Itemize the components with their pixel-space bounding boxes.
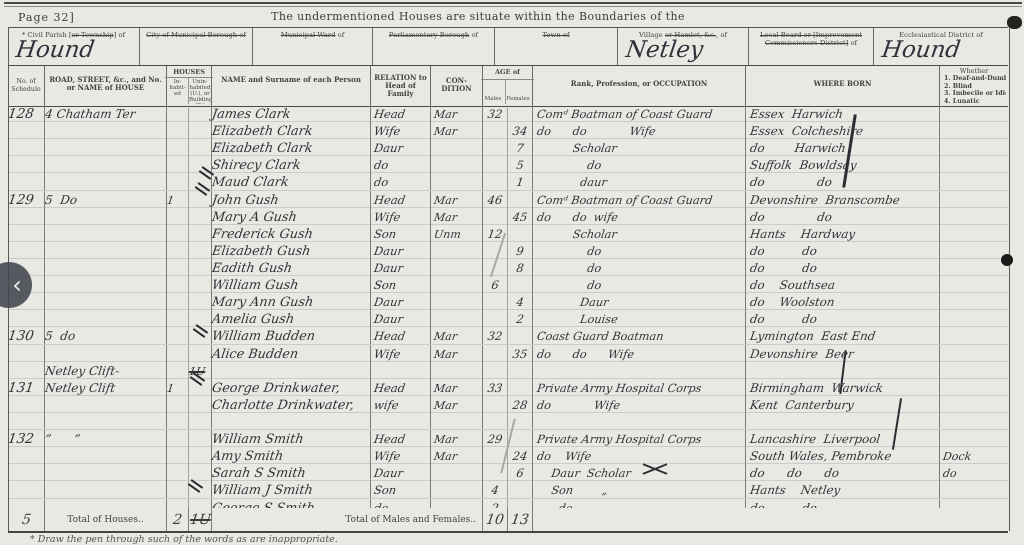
table-row: Netley Clift-1U <box>8 362 1008 379</box>
infirmity-item: 3. Imbecile or Idiot <box>944 90 1006 98</box>
cell-road-street <box>45 276 167 293</box>
table-row: Charlotte Drinkwater,wifeMar28do WifeKen… <box>8 396 1008 413</box>
cell-relation: Head <box>371 327 431 344</box>
cell-schedule-number <box>8 173 45 190</box>
cell-relation: Wife <box>371 208 431 225</box>
cell-houses-uninhabited <box>189 430 212 447</box>
cell-where-born: do do <box>746 310 940 327</box>
cell-condition: Mar <box>431 122 483 139</box>
cell-houses-inhabited <box>167 293 189 310</box>
cell-condition <box>431 173 483 190</box>
cell-age-females: 35 <box>508 345 533 362</box>
cell-person-name: Eadith Gush <box>212 259 371 276</box>
cell-condition <box>431 139 483 156</box>
cell-occupation: Scholar <box>533 225 746 242</box>
cell-where-born: Suffolk Bowldsay <box>746 156 940 173</box>
table-row <box>8 413 1008 430</box>
cell-occupation: do <box>533 242 746 259</box>
cell-age-females: 1 <box>508 173 533 190</box>
cell-infirmity <box>940 139 1008 156</box>
cell-occupation: do <box>533 259 746 276</box>
cell-where-born: South Wales, Pembroke <box>746 447 940 464</box>
cell-condition: Mar <box>431 345 483 362</box>
cell-age-females <box>508 225 533 242</box>
cell-schedule-number <box>8 362 45 379</box>
cell-relation: Head <box>371 379 431 396</box>
cell-where-born: do Southsea <box>746 276 940 293</box>
cell-condition: Unm <box>431 225 483 242</box>
cell-age-males <box>483 447 508 464</box>
jurisdiction-parliamentary-borough: Parliamentary Borough of <box>373 28 495 66</box>
cell-infirmity <box>940 430 1008 447</box>
cell-person-name: William Gush <box>212 276 371 293</box>
cell-age-males <box>483 259 508 276</box>
cell-schedule-number <box>8 413 45 429</box>
cell-infirmity <box>940 276 1008 293</box>
cell-age-males: 32 <box>483 105 508 122</box>
jurisdiction-town: Town of <box>495 28 618 66</box>
cell-condition: Mar <box>431 430 483 447</box>
cell-houses-uninhabited <box>189 173 212 190</box>
cell-age-females <box>508 430 533 447</box>
cell-relation <box>371 362 431 379</box>
total-males: 10 <box>483 508 508 531</box>
jurisdiction-band: * Civil Parish [or Township] of Hound Ci… <box>8 27 1008 66</box>
column-header-infirmity: Whether 1. Deaf-and-Dumb 2. Blind 3. Imb… <box>940 66 1008 106</box>
cell-age-females: 45 <box>508 208 533 225</box>
cell-age-females <box>508 362 533 379</box>
cell-condition <box>431 464 483 481</box>
cell-occupation <box>533 413 746 429</box>
cell-relation: Wife <box>371 122 431 139</box>
cell-houses-inhabited <box>167 242 189 259</box>
cell-houses-uninhabited <box>189 276 212 293</box>
cell-schedule-number <box>8 345 45 362</box>
cell-age-females: 7 <box>508 139 533 156</box>
cell-infirmity <box>940 379 1008 396</box>
cell-infirmity <box>940 345 1008 362</box>
cell-occupation: Daur Scholar <box>533 464 746 481</box>
cell-age-males: 46 <box>483 191 508 208</box>
census-page-scan: Page 32] The undermentioned Houses are s… <box>0 0 1024 545</box>
cell-age-females <box>508 481 533 498</box>
cell-schedule-number: 129 <box>8 191 45 208</box>
cell-schedule-number <box>8 310 45 327</box>
cell-road-street <box>45 481 167 498</box>
cell-schedule-number <box>8 396 45 413</box>
cell-road-street: ” ” <box>45 430 167 447</box>
total-houses-uninhabited: 1U <box>189 508 212 531</box>
cell-houses-uninhabited <box>189 208 212 225</box>
cell-schedule-number: 131 <box>8 379 45 396</box>
cell-where-born: do do do <box>746 464 940 481</box>
cell-houses-uninhabited <box>189 345 212 362</box>
cell-relation: Son <box>371 481 431 498</box>
cell-person-name: Sarah S Smith <box>212 464 371 481</box>
cell-relation <box>371 413 431 429</box>
cell-houses-uninhabited <box>189 310 212 327</box>
cell-houses-uninhabited <box>189 464 212 481</box>
cell-infirmity <box>940 413 1008 429</box>
cell-condition <box>431 310 483 327</box>
cell-condition: Mar <box>431 191 483 208</box>
cell-road-street <box>45 225 167 242</box>
cell-person-name: Shirecy Clark <box>212 156 371 173</box>
cell-condition: Mar <box>431 379 483 396</box>
cell-schedule-number <box>8 481 45 498</box>
cell-condition: Mar <box>431 447 483 464</box>
table-row: Shirecy Clarkdo5 doSuffolk Bowldsay <box>8 156 1008 173</box>
jurisdiction-label: Municipal Ward of <box>253 31 372 39</box>
cell-houses-inhabited <box>167 396 189 413</box>
cell-occupation: do do Wife <box>533 122 746 139</box>
village-value: Netley <box>624 37 705 63</box>
cell-condition <box>431 293 483 310</box>
column-header-occupation: Rank, Profession, or OCCUPATION <box>533 66 746 106</box>
cell-age-females <box>508 379 533 396</box>
cell-relation: do <box>371 173 431 190</box>
cell-where-born: Essex Colcheshire <box>746 122 940 139</box>
cell-houses-inhabited <box>167 122 189 139</box>
total-persons-label: Total of Males and Females.. <box>212 508 483 531</box>
cell-road-street: 5 Do <box>45 191 167 208</box>
table-row: Sarah S SmithDaur6 Daur Scholardo do dod… <box>8 464 1008 481</box>
cell-age-females <box>508 327 533 344</box>
cell-age-females <box>508 276 533 293</box>
cell-houses-inhabited <box>167 276 189 293</box>
cell-condition <box>431 242 483 259</box>
cell-age-males <box>483 464 508 481</box>
cell-where-born: Lymington East End <box>746 327 940 344</box>
column-header-schedule: No. of Schedule <box>8 66 45 106</box>
cell-road-street <box>45 139 167 156</box>
cell-occupation: Son „ <box>533 481 746 498</box>
cell-where-born: Lancashire Liverpool <box>746 430 940 447</box>
cell-houses-inhabited <box>167 208 189 225</box>
cell-condition <box>431 481 483 498</box>
cell-age-females: 28 <box>508 396 533 413</box>
cell-age-males: 4 <box>483 481 508 498</box>
cell-where-born: do Woolston <box>746 293 940 310</box>
cell-relation: Son <box>371 276 431 293</box>
cell-where-born: Essex Harwich <box>746 105 940 122</box>
cell-condition: Mar <box>431 208 483 225</box>
cell-infirmity <box>940 293 1008 310</box>
cell-age-males: 32 <box>483 327 508 344</box>
jurisdiction-label: City of Municipal Borough of <box>140 31 252 39</box>
cell-relation: wife <box>371 396 431 413</box>
infirmity-item: 2. Blind <box>944 83 1006 91</box>
total-houses-inhabited: 2 <box>167 508 189 531</box>
cell-age-females: 2 <box>508 310 533 327</box>
cell-houses-uninhabited <box>189 156 212 173</box>
cell-houses-uninhabited <box>189 105 212 122</box>
cell-occupation: Comᵈ Boatman of Coast Guard <box>533 191 746 208</box>
table-row: 1295 Do1John GushHeadMar46Comᵈ Boatman o… <box>8 191 1008 208</box>
table-header: No. of Schedule ROAD, STREET, &c., and N… <box>8 65 1008 107</box>
cell-age-females <box>508 191 533 208</box>
cell-schedule-number <box>8 225 45 242</box>
cell-age-males <box>483 139 508 156</box>
cell-person-name: George Drinkwater, <box>212 379 371 396</box>
cell-relation: Son <box>371 225 431 242</box>
column-header-name: NAME and Surname of each Person <box>212 66 371 106</box>
cell-schedule-number: 128 <box>8 105 45 122</box>
cell-where-born: Hants Netley <box>746 481 940 498</box>
cell-houses-uninhabited <box>189 122 212 139</box>
table-row: Frederick GushSonUnm12 ScholarHants Hard… <box>8 225 1008 242</box>
cell-occupation: do do wife <box>533 208 746 225</box>
cell-age-females: 9 <box>508 242 533 259</box>
column-header-born: WHERE BORN <box>746 66 940 106</box>
cell-houses-uninhabited <box>189 447 212 464</box>
total-houses-label: Total of Houses.. <box>45 508 167 531</box>
scan-artifact-blob <box>1007 16 1022 29</box>
cell-occupation: Louise <box>533 310 746 327</box>
cell-relation: Head <box>371 430 431 447</box>
cell-person-name: Mary Ann Gush <box>212 293 371 310</box>
houses-group-label: HOUSES <box>165 68 213 78</box>
table-row: 1305 doWilliam BuddenHeadMar32Coast Guar… <box>8 327 1008 344</box>
infirmity-item: 4. Lunatic <box>944 98 1006 106</box>
cell-infirmity <box>940 208 1008 225</box>
table-row: Amy SmithWifeMar24do WifeSouth Wales, Pe… <box>8 447 1008 464</box>
cell-schedule-number <box>8 139 45 156</box>
cell-age-males: 6 <box>483 276 508 293</box>
cell-schedule-number <box>8 156 45 173</box>
cell-schedule-number: 130 <box>8 327 45 344</box>
cell-person-name <box>212 362 371 379</box>
cell-schedule-number <box>8 242 45 259</box>
cell-person-name: William J Smith <box>212 481 371 498</box>
cell-occupation: do do Wife <box>533 345 746 362</box>
schedule-total: 5 <box>8 508 45 531</box>
column-header-age-females: Females <box>506 80 530 104</box>
cell-occupation: Coast Guard Boatman <box>533 327 746 344</box>
cell-occupation: do <box>533 276 746 293</box>
table-row: 1284 Chatham TerJames ClarkHeadMar32Comᵈ… <box>8 105 1008 122</box>
top-rule <box>4 2 1022 4</box>
cell-age-males <box>483 242 508 259</box>
cell-person-name: William Budden <box>212 327 371 344</box>
cell-relation: Daur <box>371 242 431 259</box>
infirmity-title: Whether <box>942 67 1006 75</box>
cell-relation: Daur <box>371 259 431 276</box>
cell-schedule-number <box>8 122 45 139</box>
cell-road-street <box>45 156 167 173</box>
cell-infirmity <box>940 481 1008 498</box>
table-row: 131Netley Clift1George Drinkwater,HeadMa… <box>8 379 1008 396</box>
cell-road-street <box>45 464 167 481</box>
table-row: Mary A GushWifeMar45do do wifedo do <box>8 208 1008 225</box>
cell-occupation: Comᵈ Boatman of Coast Guard <box>533 105 746 122</box>
cell-road-street: Netley Clift <box>45 379 167 396</box>
jurisdiction-municipal-ward: Municipal Ward of <box>253 28 373 66</box>
cell-occupation: daur <box>533 173 746 190</box>
cell-houses-uninhabited <box>189 396 212 413</box>
form-footnote: * Draw the pen through such of the words… <box>30 534 338 545</box>
cell-houses-inhabited <box>167 139 189 156</box>
cell-houses-inhabited <box>167 105 189 122</box>
cell-road-street <box>45 173 167 190</box>
table-body: 1284 Chatham TerJames ClarkHeadMar32Comᵈ… <box>8 105 1008 508</box>
cell-occupation <box>533 362 746 379</box>
cell-relation: Wife <box>371 345 431 362</box>
cell-where-born: Hants Hardway <box>746 225 940 242</box>
top-rule-inner <box>4 6 1022 7</box>
cell-condition: Mar <box>431 327 483 344</box>
cell-person-name: Amy Smith <box>212 447 371 464</box>
cell-houses-uninhabited <box>189 191 212 208</box>
cell-road-street <box>45 259 167 276</box>
cell-relation: Wife <box>371 447 431 464</box>
cell-age-males <box>483 173 508 190</box>
jurisdiction-label: Town of <box>495 31 617 39</box>
column-header-age-males: Males <box>481 80 506 104</box>
table-row: Elizabeth GushDaur9 dodo do <box>8 242 1008 259</box>
cell-where-born: Kent Canterbury <box>746 396 940 413</box>
cell-road-street <box>45 208 167 225</box>
table-row: Elizabeth ClarkDaur7 Scholardo Harwich <box>8 139 1008 156</box>
cell-road-street <box>45 447 167 464</box>
cell-infirmity <box>940 191 1008 208</box>
cell-houses-uninhabited <box>189 293 212 310</box>
cell-infirmity <box>940 259 1008 276</box>
cell-relation: Daur <box>371 293 431 310</box>
cell-relation: Daur <box>371 310 431 327</box>
cell-houses-inhabited <box>167 156 189 173</box>
cell-houses-inhabited <box>167 225 189 242</box>
cell-condition <box>431 156 483 173</box>
column-header-inhabited: In-habit-ed <box>167 78 189 104</box>
scan-artifact-dot <box>1001 254 1013 266</box>
cell-person-name: Elizabeth Clark <box>212 139 371 156</box>
cell-age-females: 4 <box>508 293 533 310</box>
jurisdiction-civil-parish: * Civil Parish [or Township] of Hound <box>8 28 140 66</box>
cell-age-males: 29 <box>483 430 508 447</box>
cell-person-name: Amelia Gush <box>212 310 371 327</box>
jurisdiction-local-board: Local Board or [Improvement Commissioner… <box>749 28 874 66</box>
column-header-houses: HOUSES In-habit-ed Unin-habited (U.), or… <box>167 66 212 106</box>
cell-occupation: Scholar <box>533 139 746 156</box>
cell-houses-inhabited <box>167 345 189 362</box>
cell-age-females: 24 <box>508 447 533 464</box>
title-band: Page 32] The undermentioned Houses are s… <box>8 9 1008 27</box>
cell-infirmity <box>940 225 1008 242</box>
cell-age-males <box>483 396 508 413</box>
cell-age-males: 12 <box>483 225 508 242</box>
cell-houses-inhabited <box>167 430 189 447</box>
cell-houses-inhabited <box>167 447 189 464</box>
cell-condition <box>431 259 483 276</box>
totals-row: 5 Total of Houses.. 2 1U Total of Males … <box>8 508 1008 533</box>
cell-occupation: Private Army Hospital Corps <box>533 430 746 447</box>
cell-houses-inhabited: 1 <box>167 191 189 208</box>
cell-road-street: 4 Chatham Ter <box>45 105 167 122</box>
cell-where-born <box>746 413 940 429</box>
table-row: Alice BuddenWifeMar35do do WifeDevonshir… <box>8 345 1008 362</box>
cell-infirmity <box>940 396 1008 413</box>
cell-age-males <box>483 310 508 327</box>
cell-occupation: Daur <box>533 293 746 310</box>
cell-condition: Mar <box>431 105 483 122</box>
cell-where-born: do do <box>746 242 940 259</box>
cell-schedule-number <box>8 464 45 481</box>
cell-condition <box>431 276 483 293</box>
cell-houses-inhabited: 1 <box>167 379 189 396</box>
cell-condition <box>431 413 483 429</box>
cell-road-street <box>45 310 167 327</box>
cell-road-street <box>45 242 167 259</box>
cell-road-street <box>45 122 167 139</box>
cell-person-name: James Clark <box>212 105 371 122</box>
cell-age-females: 8 <box>508 259 533 276</box>
cell-condition <box>431 362 483 379</box>
cell-occupation: do Wife <box>533 396 746 413</box>
table-row: William GushSon6 dodo Southsea <box>8 276 1008 293</box>
column-header-uninhabited: Unin-habited (U.), or Building (B.) <box>189 78 211 104</box>
form-title: The undermentioned Houses are situate wi… <box>8 10 948 23</box>
cell-houses-uninhabited <box>189 379 212 396</box>
cell-person-name: Elizabeth Gush <box>212 242 371 259</box>
age-group-label: AGE of <box>481 68 534 77</box>
totals-empty-cell <box>533 508 1008 531</box>
cell-where-born: do do <box>746 259 940 276</box>
civil-parish-value: Hound <box>14 37 96 63</box>
cell-schedule-number: 132 <box>8 430 45 447</box>
cell-houses-inhabited <box>167 259 189 276</box>
cell-relation: Head <box>371 105 431 122</box>
cell-infirmity <box>940 242 1008 259</box>
cell-person-name: Elizabeth Clark <box>212 122 371 139</box>
column-header-relation: RELATION to Head of Family <box>371 66 431 106</box>
jurisdiction-ecclesiastical-district: Ecclesiastical District of Hound <box>874 28 1008 66</box>
table-row: Amelia GushDaur2 Louisedo do <box>8 310 1008 327</box>
table-row: Maud Clarkdo1 daurdo do <box>8 173 1008 190</box>
cell-road-street <box>45 345 167 362</box>
jurisdiction-label: Local Board or [Improvement Commissioner… <box>749 31 873 47</box>
cell-houses-uninhabited <box>189 259 212 276</box>
cell-occupation: Private Army Hospital Corps <box>533 379 746 396</box>
chevron-left-icon: ‹ <box>0 273 22 297</box>
cell-houses-inhabited <box>167 464 189 481</box>
cell-age-females: 5 <box>508 156 533 173</box>
cell-where-born: do do <box>746 173 940 190</box>
column-header-condition: CON-DITION <box>431 66 483 106</box>
cell-where-born: Devonshire Beer <box>746 345 940 362</box>
cell-schedule-number <box>8 447 45 464</box>
cell-person-name: William Smith <box>212 430 371 447</box>
cell-age-males <box>483 345 508 362</box>
ecclesiastical-district-value: Hound <box>880 37 962 63</box>
cell-age-females: 34 <box>508 122 533 139</box>
total-females: 13 <box>508 508 533 531</box>
cell-age-males <box>483 208 508 225</box>
cell-houses-uninhabited <box>189 327 212 344</box>
column-header-age: AGE of Males Females <box>483 66 533 106</box>
cell-occupation: do Wife <box>533 447 746 464</box>
cell-age-males <box>483 156 508 173</box>
cell-person-name: Charlotte Drinkwater, <box>212 396 371 413</box>
cell-infirmity <box>940 105 1008 122</box>
jurisdiction-label: Parliamentary Borough of <box>373 31 494 39</box>
cell-road-street <box>45 293 167 310</box>
cell-age-males <box>483 413 508 429</box>
cell-person-name: John Gush <box>212 191 371 208</box>
cell-houses-inhabited <box>167 310 189 327</box>
cell-infirmity: do <box>940 464 1008 481</box>
cell-infirmity <box>940 310 1008 327</box>
